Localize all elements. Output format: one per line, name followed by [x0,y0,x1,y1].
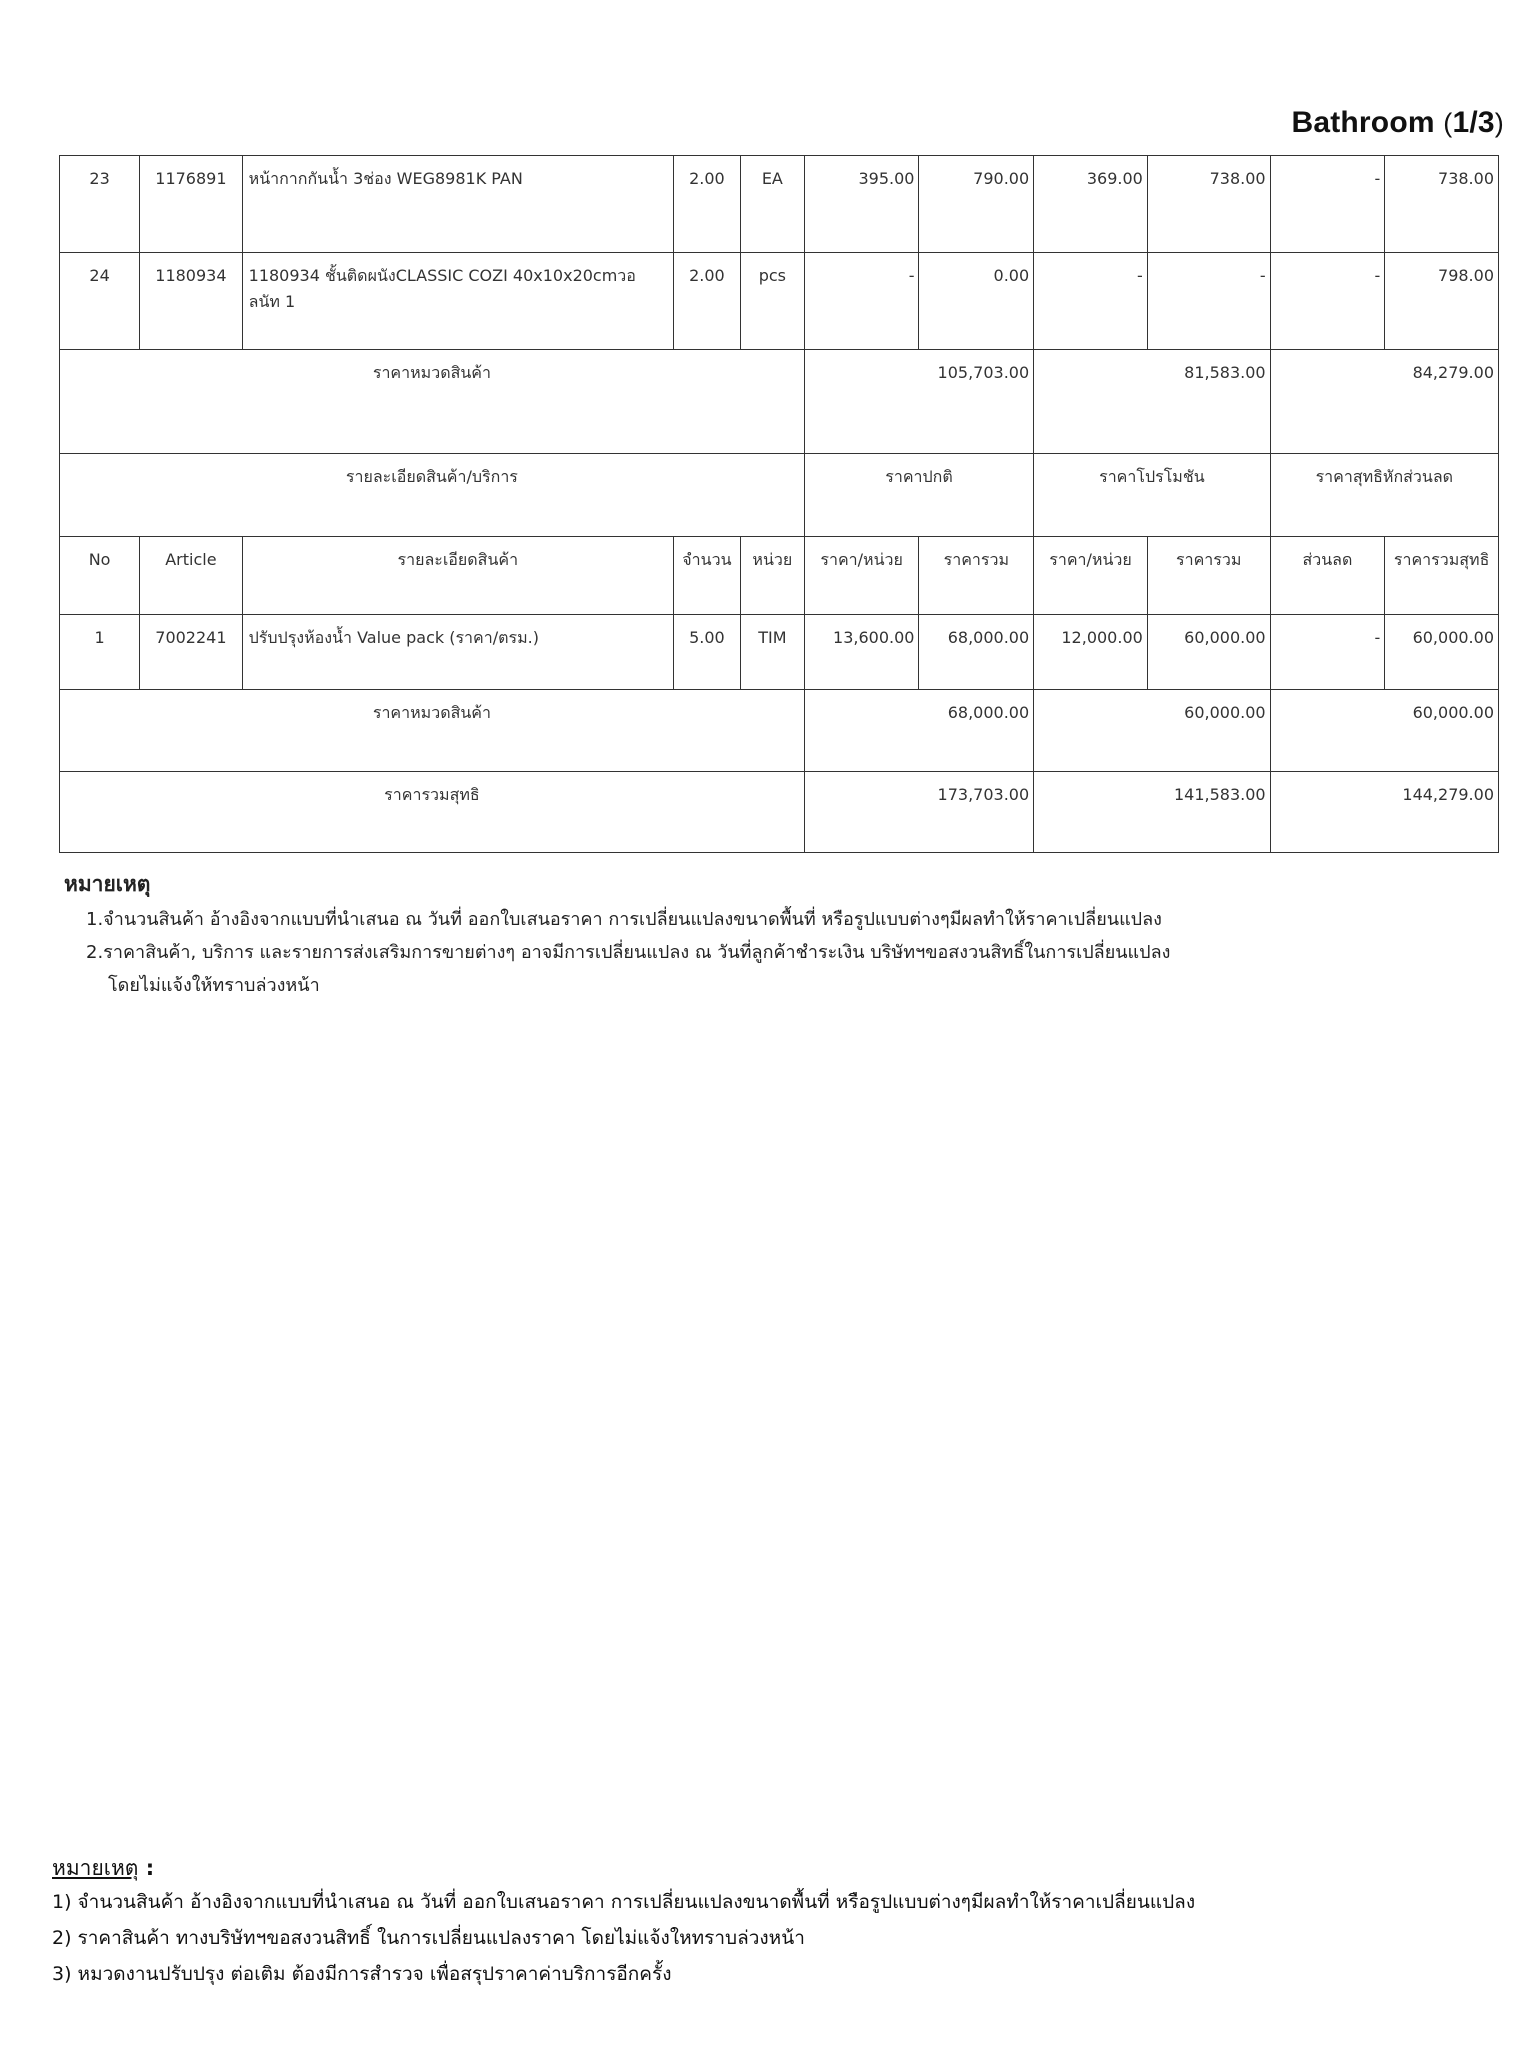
subtotal-promotion: 81,583.00 [1034,350,1270,454]
page-title: Bathroom (1/3) [1291,106,1504,140]
cell-unit-price: 395.00 [804,156,919,253]
grand-total-label: ราคารวมสุทธิ [60,772,805,853]
cell-net-total: 798.00 [1385,253,1499,350]
col-header-article: Article [140,537,242,615]
cell-unit: TIM [740,615,804,690]
remarks-bottom-colon: : [138,1856,154,1880]
cell-total: 0.00 [919,253,1034,350]
remarks-top-line: 2.ราคาสินค้า, บริการ และรายการส่งเสริมกา… [64,936,1170,969]
grand-total-row: ราคารวมสุทธิ 173,703.00 141,583.00 144,2… [60,772,1499,853]
cell-promo-unit-price: - [1034,253,1148,350]
subtotal-net: 60,000.00 [1270,690,1498,772]
cell-discount: - [1270,156,1385,253]
cell-discount: - [1270,615,1385,690]
remarks-top-line: โดยไม่แจ้งให้ทราบล่วงหน้า [64,969,1170,1002]
cell-discount: - [1270,253,1385,350]
cell-article: 1176891 [140,156,242,253]
group-header-regular: ราคาปกติ [804,454,1033,537]
cell-promo-unit-price: 12,000.00 [1034,615,1148,690]
subtotal-label: ราคาหมวดสินค้า [60,690,805,772]
column-header-row: No Article รายละเอียดสินค้า จำนวน หน่วย … [60,537,1499,615]
page-indicator: 1/3 [1452,106,1494,139]
subtotal-net: 84,279.00 [1270,350,1498,454]
remarks-top-title: หมายเหตุ [64,868,1170,901]
cell-unit: EA [740,156,804,253]
grand-total-promotion: 141,583.00 [1034,772,1270,853]
cell-promo-total: 738.00 [1147,156,1270,253]
cell-description: 1180934 ชั้นติดผนังCLASSIC COZI 40x10x20… [242,253,673,350]
cell-description: หน้ากากกันน้ำ 3ช่อง WEG8981K PAN [242,156,673,253]
remarks-bottom-title: หมายเหตุ : [52,1852,1195,1884]
cell-promo-unit-price: 369.00 [1034,156,1148,253]
subtotal-promotion: 60,000.00 [1034,690,1270,772]
remarks-bottom-line: 3) หมวดงานปรับปรุง ต่อเติม ต้องมีการสำรว… [52,1956,1195,1992]
col-header-qty: จำนวน [673,537,740,615]
subtotal-regular: 105,703.00 [804,350,1033,454]
paren-close: ) [1495,108,1504,138]
section-title: Bathroom [1291,106,1434,139]
cell-qty: 2.00 [673,156,740,253]
cell-no: 1 [60,615,140,690]
subtotal-row: ราคาหมวดสินค้า 68,000.00 60,000.00 60,00… [60,690,1499,772]
quotation-table: 23 1176891 หน้ากากกันน้ำ 3ช่อง WEG8981K … [59,155,1499,853]
group-header-net: ราคาสุทธิหักส่วนลด [1270,454,1498,537]
remarks-bottom-title-text: หมายเหตุ [52,1856,138,1880]
remarks-top-line: 1.จำนวนสินค้า อ้างอิงจากแบบที่นำเสนอ ณ ว… [64,903,1170,936]
col-header-unit-price: ราคา/หน่วย [804,537,919,615]
col-header-no: No [60,537,140,615]
cell-article: 1180934 [140,253,242,350]
remarks-bottom-line: 2) ราคาสินค้า ทางบริษัทฯขอสงวนสิทธิ์ ในก… [52,1920,1195,1956]
cell-qty: 5.00 [673,615,740,690]
cell-no: 23 [60,156,140,253]
cell-promo-total: - [1147,253,1270,350]
grand-total-net: 144,279.00 [1270,772,1498,853]
group-header-details: รายละเอียดสินค้า/บริการ [60,454,805,537]
grand-total-regular: 173,703.00 [804,772,1033,853]
cell-promo-total: 60,000.00 [1147,615,1270,690]
col-header-net-total: ราคารวมสุทธิ [1385,537,1499,615]
cell-qty: 2.00 [673,253,740,350]
cell-net-total: 60,000.00 [1385,615,1499,690]
cell-total: 68,000.00 [919,615,1034,690]
table-row: 23 1176891 หน้ากากกันน้ำ 3ช่อง WEG8981K … [60,156,1499,253]
col-header-promo-total: ราคารวม [1147,537,1270,615]
group-header-promotion: ราคาโปรโมชัน [1034,454,1270,537]
remarks-bottom: หมายเหตุ : 1) จำนวนสินค้า อ้างอิงจากแบบท… [52,1852,1195,1992]
remarks-top: หมายเหตุ 1.จำนวนสินค้า อ้างอิงจากแบบที่น… [64,868,1170,1002]
col-header-promo-unit-price: ราคา/หน่วย [1034,537,1148,615]
table-row: 24 1180934 1180934 ชั้นติดผนังCLASSIC CO… [60,253,1499,350]
col-header-discount: ส่วนลด [1270,537,1385,615]
cell-unit-price: 13,600.00 [804,615,919,690]
cell-unit-price: - [804,253,919,350]
subtotal-label: ราคาหมวดสินค้า [60,350,805,454]
group-header-row: รายละเอียดสินค้า/บริการ ราคาปกติ ราคาโปร… [60,454,1499,537]
cell-article: 7002241 [140,615,242,690]
cell-no: 24 [60,253,140,350]
col-header-total: ราคารวม [919,537,1034,615]
cell-net-total: 738.00 [1385,156,1499,253]
subtotal-row: ราคาหมวดสินค้า 105,703.00 81,583.00 84,2… [60,350,1499,454]
col-header-unit: หน่วย [740,537,804,615]
remarks-bottom-line: 1) จำนวนสินค้า อ้างอิงจากแบบที่นำเสนอ ณ … [52,1884,1195,1920]
table-row: 1 7002241 ปรับปรุงห้องน้ำ Value pack (รา… [60,615,1499,690]
subtotal-regular: 68,000.00 [804,690,1033,772]
cell-unit: pcs [740,253,804,350]
cell-total: 790.00 [919,156,1034,253]
cell-description: ปรับปรุงห้องน้ำ Value pack (ราคา/ตรม.) [242,615,673,690]
col-header-description: รายละเอียดสินค้า [242,537,673,615]
